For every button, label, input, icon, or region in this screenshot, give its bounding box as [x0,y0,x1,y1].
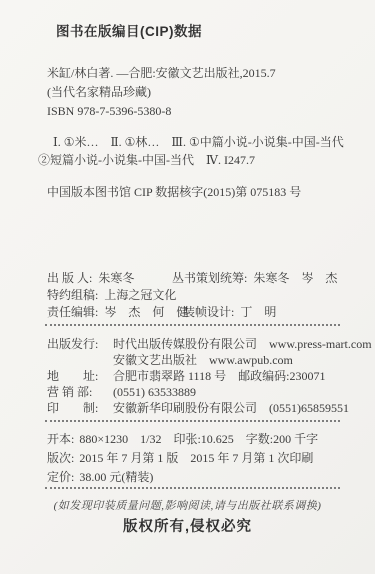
staff-block: 出 版 人:朱寒冬 丛书策划统筹:朱寒冬 岑 杰 特约组稿:上海之冠文化 责任编… [47,270,337,321]
publishing-label: 营 销 部: [47,384,113,400]
cip-class-line-2: ②短篇小说-小说集-中国-当代 Ⅳ. I247.7 [38,151,344,169]
commission-cell: 特约组稿:上海之冠文化 [47,287,176,304]
editor-value: 岑 杰 何 健 [104,305,188,319]
design-value: 丁 明 [240,305,276,319]
publishing-row: 印 制: 安徽新华印刷股份有限公司 (0551)65859551 [47,400,372,416]
editor-cell: 责任编辑:岑 杰 何 健 [47,304,183,321]
quality-notice: (如发现印装质量问题,影响阅读,请与出版社联系调换) [0,497,375,513]
staff-row-editor: 责任编辑:岑 杰 何 健 装帧设计:丁 明 [47,304,337,321]
cip-title-line: 米缸/林白著. —合肥:安徽文艺出版社,2015.7 [47,64,276,83]
printing-label: 定价: [47,468,74,487]
cip-heading: 图书在版编目(CIP)数据 [56,20,202,40]
printing-value: 38.00 元(精装) [79,468,153,487]
cip-isbn-line: ISBN 978-7-5396-5380-8 [47,102,276,121]
publishing-label: 地 址: [47,368,113,384]
publishing-row: 地 址: 合肥市翡翠路 1118 号 邮政编码:230071 [47,368,372,384]
publishing-row: 营 销 部: (0551) 63533889 [47,384,372,400]
publisher-cell: 出 版 人:朱寒冬 [47,270,172,287]
cip-series-line: (当代名家精品珍藏) [47,83,276,102]
cip-classification-block: Ⅰ. ①米… Ⅱ. ①林… Ⅲ. ①中篇小说-小说集-中国-当代 ②短篇小说-小… [38,133,344,169]
cip-block: 米缸/林白著. —合肥:安徽文艺出版社,2015.7 (当代名家精品珍藏) IS… [47,64,276,121]
publishing-value: 安徽文艺出版社 www.awpub.com [113,352,293,368]
printing-label: 开本: [47,430,74,449]
publishing-label [47,352,113,368]
printing-value: 2015 年 7 月第 1 版 2015 年 7 月第 1 次印刷 [79,449,313,468]
publishing-row: 出版发行: 时代出版传媒股份有限公司 www.press-mart.com [47,336,372,352]
publisher-label: 出 版 人: [47,271,92,285]
publishing-label: 出版发行: [47,336,113,352]
series-planning-label: 丛书策划统筹: [172,271,247,285]
publishing-value: 时代出版传媒股份有限公司 www.press-mart.com [113,336,372,352]
copyright-statement: 版权所有,侵权必究 [0,515,375,536]
staff-row-publisher: 出 版 人:朱寒冬 丛书策划统筹:朱寒冬 岑 杰 [47,270,337,287]
publishing-value: 安徽新华印刷股份有限公司 (0551)65859551 [113,400,349,416]
divider-top [45,324,340,326]
divider-middle [45,420,340,422]
divider-bottom [45,487,340,489]
printing-value: 880×1230 1/32 印张:10.625 字数:200 千字 [79,430,318,449]
printing-label: 版次: [47,449,74,468]
printing-row: 开本: 880×1230 1/32 印张:10.625 字数:200 千字 [47,430,318,449]
publisher-value: 朱寒冬 [98,271,134,285]
staff-row-commission: 特约组稿:上海之冠文化 [47,287,337,304]
cip-class-line-1: Ⅰ. ①米… Ⅱ. ①林… Ⅲ. ①中篇小说-小说集-中国-当代 [38,133,344,151]
series-planning-value: 朱寒冬 岑 杰 [253,271,337,285]
design-label: 装帧设计: [183,305,234,319]
publishing-label: 印 制: [47,400,113,416]
commission-value: 上海之冠文化 [104,288,176,302]
commission-label: 特约组稿: [47,288,98,302]
copyright-page: 图书在版编目(CIP)数据 米缸/林白著. —合肥:安徽文艺出版社,2015.7… [0,0,375,574]
printing-block: 开本: 880×1230 1/32 印张:10.625 字数:200 千字 版次… [47,430,318,487]
publishing-value: 合肥市翡翠路 1118 号 邮政编码:230071 [113,368,325,384]
printing-row: 版次: 2015 年 7 月第 1 版 2015 年 7 月第 1 次印刷 [47,449,318,468]
publishing-block: 出版发行: 时代出版传媒股份有限公司 www.press-mart.com 安徽… [47,336,372,416]
editor-label: 责任编辑: [47,305,98,319]
printing-row: 定价: 38.00 元(精装) [47,468,318,487]
publishing-value: (0551) 63533889 [113,384,196,400]
cip-record-line: 中国版本图书馆 CIP 数据核字(2015)第 075183 号 [47,183,301,200]
design-cell: 装帧设计:丁 明 [183,304,276,321]
publishing-row: 安徽文艺出版社 www.awpub.com [47,352,372,368]
series-planning-cell: 丛书策划统筹:朱寒冬 岑 杰 [172,270,337,287]
